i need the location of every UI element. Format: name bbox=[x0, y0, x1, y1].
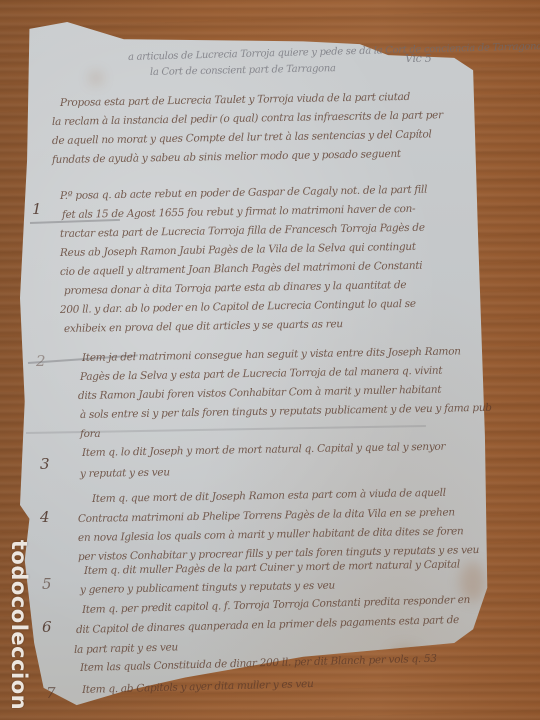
corner-note: Vic 5 bbox=[405, 52, 431, 65]
ink-stain bbox=[90, 72, 102, 84]
margin-number: 2 bbox=[36, 352, 46, 370]
document-line: fora bbox=[80, 428, 100, 440]
watermark-text: todocoleccion bbox=[7, 540, 31, 710]
margin-number: 1 bbox=[32, 200, 42, 218]
margin-number: 5 bbox=[42, 575, 52, 593]
watermark: todocoleccion bbox=[2, 540, 36, 710]
margin-number: 4 bbox=[40, 508, 50, 526]
margin-number: 6 bbox=[42, 618, 52, 636]
margin-number: 7 bbox=[46, 684, 56, 702]
document-line: y reputat y es veu bbox=[80, 466, 170, 480]
margin-number: 3 bbox=[40, 455, 50, 473]
